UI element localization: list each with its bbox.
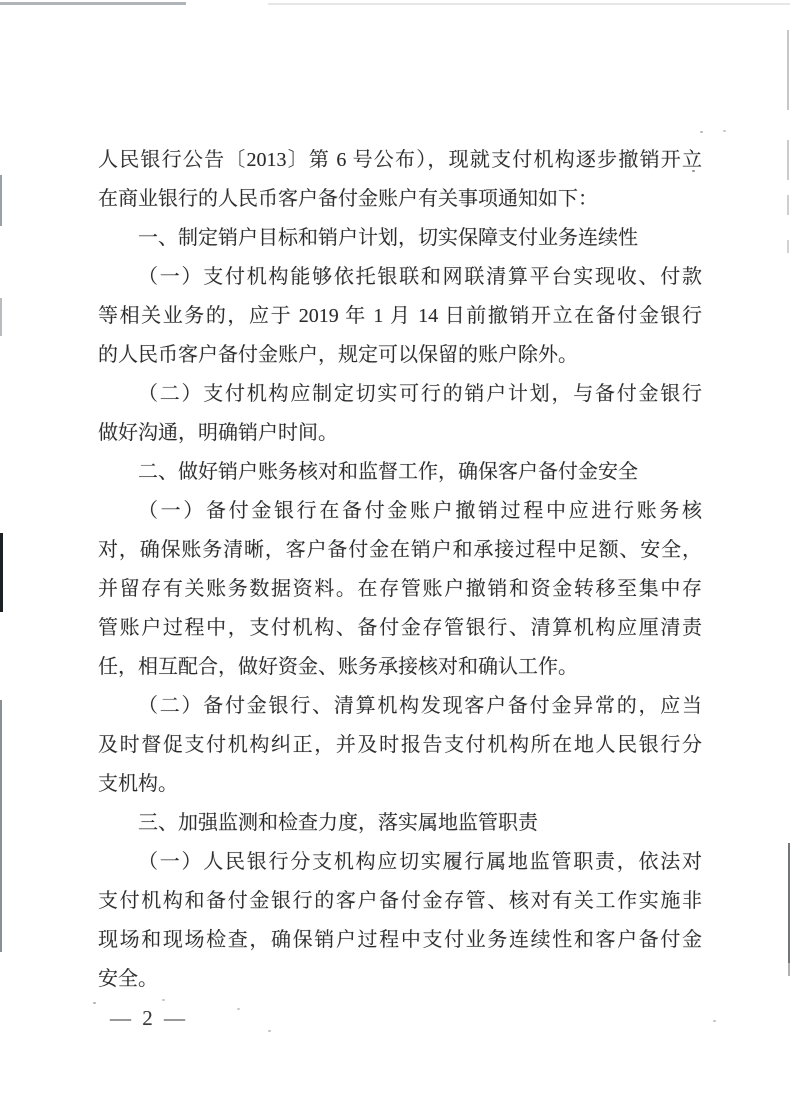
scan-speck [723,130,726,132]
body-text: 人民银行公告〔2013〕第 6 号公布），现就支付机构逐步撤销开立 在商业银行的… [98,141,702,999]
text-line: 做好沟通，明确销户时间。 [98,414,702,453]
text-line: 支机构。 [98,765,702,804]
scan-speck [237,1008,240,1010]
document-page: 人民银行公告〔2013〕第 6 号公布），现就支付机构逐步撤销开立 在商业银行的… [0,0,790,1118]
scan-artifact-left-edge-4 [0,700,2,952]
scan-artifact-right-edge-1 [787,30,789,110]
scan-artifact-top-edge-left [0,2,186,5]
scan-artifact-top-edge-right [268,3,790,5]
scan-artifact-right-edge-4 [787,240,789,253]
text-line: （二）支付机构应制定切实可行的销户计划，与备付金银行 [98,375,702,414]
scan-artifact-left-edge-2 [0,298,2,336]
scan-artifact-right-edge-2 [787,140,789,180]
scan-speck [700,131,703,133]
text-line: （一）支付机构能够依托银联和网联清算平台实现收、付款 [98,258,702,297]
text-line: （一）备付金银行在备付金账户撤销过程中应进行账务核 [98,492,702,531]
text-line: 管账户过程中，支付机构、备付金存管银行、清算机构应厘清责 [98,609,702,648]
text-line: 对，确保账务清晰，客户备付金在销户和承接过程中足额、安全， [98,531,702,570]
text-line: （一）人民银行分支机构应切实履行属地监管职责，依法对 [98,843,702,882]
page-number-footer: — 2 — [110,1006,188,1031]
scan-speck [713,1020,716,1022]
text-line: 支付机构和备付金银行的客户备付金存管、核对有关工作实施非 [98,882,702,921]
text-line: 的人民币客户备付金账户，规定可以保留的账户除外。 [98,336,702,375]
text-line: 安全。 [98,960,702,999]
scan-artifact-right-edge-3 [787,195,789,215]
section-heading-3: 三、加强监测和检查力度，落实属地监管职责 [98,804,702,843]
text-line: 现场和现场检查，确保销户过程中支付业务连续性和客户备付金 [98,921,702,960]
scan-speck [268,1030,271,1032]
text-line: 在商业银行的人民币客户备付金账户有关事项通知如下： [98,180,702,219]
text-line: 及时督促支付机构纠正，并及时报告支付机构所在地人民银行分 [98,726,702,765]
scan-speck [93,1002,96,1004]
scan-artifact-left-edge-3 [0,533,3,612]
text-line: 等相关业务的，应于 2019 年 1 月 14 日前撤销开立在备付金银行 [98,297,702,336]
scan-speck [162,999,165,1001]
text-line: 人民银行公告〔2013〕第 6 号公布），现就支付机构逐步撤销开立 [98,141,702,180]
scan-artifact-left-edge-1 [0,175,2,226]
section-heading-2: 二、做好销户账务核对和监督工作，确保客户备付金安全 [98,453,702,492]
text-line: 并留存有关账务数据资料。在存管账户撤销和资金转移至集中存 [98,570,702,609]
section-heading-1: 一、制定销户目标和销户计划，切实保障支付业务连续性 [98,219,702,258]
text-line: （二）备付金银行、清算机构发现客户备付金异常的，应当 [98,687,702,726]
text-line: 任，相互配合，做好资金、账务承接核对和确认工作。 [98,648,702,687]
